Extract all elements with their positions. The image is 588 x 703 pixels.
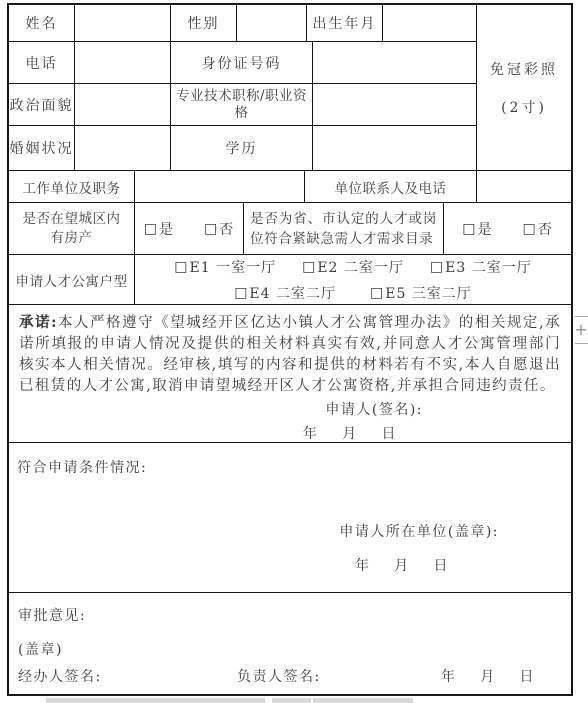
work-unit-input-cell[interactable] [135, 171, 305, 202]
promise-paragraph: 承诺:本人严格遵守《望城经开区亿达小镇人才公寓管理办法》的相关规定,承诺所填报的… [19, 312, 561, 397]
approval-seal-label: (盖章) [18, 639, 63, 659]
option-label: E3 二室一厅 [445, 257, 532, 277]
photo-label-line1: 免冠彩照 [490, 59, 558, 79]
personal-info-section: 姓名 性别 出生年月 电话 身份证号码 政治面貌 专业技术职称/职业资格 [9, 5, 571, 171]
phone-input-cell[interactable] [75, 42, 171, 83]
table-row: 电话 身份证号码 [9, 42, 476, 84]
marital-status-label: 婚姻状况 [9, 126, 75, 170]
option-label: 否 [538, 219, 553, 239]
apartment-type-row: 申请人才公寓户型 □E1 一室一厅 □E2 二室一厅 □E3 二室一厅 □E4 … [9, 255, 571, 305]
table-row: 姓名 性别 出生年月 [9, 5, 476, 42]
name-input-cell[interactable] [75, 5, 171, 41]
unit-contact-label: 单位联系人及电话 [305, 171, 477, 202]
checkbox-icon: □ [430, 259, 444, 275]
promise-section: 承诺:本人严格遵守《望城经开区亿达小镇人才公寓管理办法》的相关规定,承诺所填报的… [9, 305, 571, 443]
apartment-options-line1: □E1 一室一厅 □E2 二室一厅 □E3 二室一厅 [174, 257, 531, 277]
promise-date-line: 年 月 日 [19, 423, 561, 443]
gender-input-cell[interactable] [237, 5, 307, 41]
handler-signature-label: 经办人签名: [18, 666, 102, 686]
checkbox-option-e4[interactable]: □E4 二室二厅 [234, 283, 336, 303]
plus-icon: + [574, 323, 587, 337]
birth-label: 出生年月 [307, 5, 383, 41]
promise-body: 本人严格遵守《望城经开区亿达小镇人才公寓管理办法》的相关规定,承诺所填报的申请人… [19, 315, 561, 394]
checkbox-option-property-yes[interactable]: □是 [144, 219, 174, 239]
birth-input-cell[interactable] [383, 5, 476, 41]
checkbox-option-property-no[interactable]: □否 [204, 219, 234, 239]
table-row: 政治面貌 专业技术职称/职业资格 [9, 84, 476, 126]
education-label: 学历 [171, 126, 313, 170]
checkbox-icon: □ [144, 221, 158, 237]
checkbox-icon: □ [234, 285, 248, 301]
apartment-options-line2: □E4 二室二厅 □E5 三室二厅 [234, 283, 472, 303]
cropped-next-row-cell [272, 698, 311, 703]
checkbox-icon: □ [174, 259, 188, 275]
photo-label-line2: (2寸) [501, 97, 547, 117]
talent-apartment-application-form: 姓名 性别 出生年月 电话 身份证号码 政治面貌 专业技术职称/职业资格 [0, 0, 588, 703]
talent-question-label: 是否为省、市认定的人才或岗位符合紧缺急需人才需求目录 [244, 203, 444, 254]
applicant-signature-label: 申请人(签名): [19, 399, 561, 419]
unit-seal-label: 申请人所在单位(盖章): [17, 521, 561, 541]
gender-label: 性别 [171, 5, 237, 41]
checkbox-option-talent-no[interactable]: □否 [523, 219, 553, 239]
checkbox-option-e2[interactable]: □E2 二室一厅 [302, 257, 404, 277]
property-question-label: 是否在望城区内有房产 [9, 203, 135, 254]
checkbox-option-e5[interactable]: □E5 三室二厅 [370, 283, 472, 303]
checkbox-option-e1[interactable]: □E1 一室一厅 [174, 257, 276, 277]
unit-contact-input-cell[interactable] [477, 171, 571, 202]
talent-yes-no-cell: □是 □否 [444, 203, 571, 254]
personal-info-grid: 姓名 性别 出生年月 电话 身份证号码 政治面貌 专业技术职称/职业资格 [9, 5, 477, 170]
property-talent-row: 是否在望城区内有房产 □是 □否 是否为省、市认定的人才或岗位符合紧缺急需人才需… [9, 203, 571, 255]
approval-opinion-label: 审批意见: [18, 605, 86, 625]
checkbox-icon: □ [462, 221, 476, 237]
eligibility-section[interactable]: 符合申请条件情况: 申请人所在单位(盖章): 年 月 日 [9, 443, 571, 593]
apartment-type-label: 申请人才公寓户型 [9, 255, 135, 304]
approval-section[interactable]: 审批意见: (盖章) 经办人签名: 负责人签名: 年 月 日 [9, 593, 571, 694]
option-label: E5 三室二厅 [385, 283, 472, 303]
checkbox-option-e3[interactable]: □E3 二室一厅 [430, 257, 532, 277]
apartment-options-cell: □E1 一室一厅 □E2 二室一厅 □E3 二室一厅 □E4 二室二厅 □E5 … [135, 255, 571, 304]
cropped-next-row-cell [313, 698, 413, 703]
political-status-input-cell[interactable] [75, 84, 171, 125]
political-status-label: 政治面貌 [9, 84, 75, 125]
manager-signature-label: 负责人签名: [237, 666, 321, 686]
professional-title-input-cell[interactable] [313, 84, 476, 125]
option-label: E1 一室一厅 [190, 257, 277, 277]
handle-tick [575, 316, 588, 317]
checkbox-icon: □ [302, 259, 316, 275]
form-table: 姓名 性别 出生年月 电话 身份证号码 政治面貌 专业技术职称/职业资格 [7, 3, 573, 696]
work-unit-row: 工作单位及职务 单位联系人及电话 [9, 171, 571, 203]
professional-title-label: 专业技术职称/职业资格 [171, 84, 313, 125]
id-card-input-cell[interactable] [313, 42, 476, 83]
checkbox-icon: □ [523, 221, 537, 237]
option-label: 是 [159, 219, 174, 239]
checkbox-option-talent-yes[interactable]: □是 [462, 219, 492, 239]
option-label: E2 二室一厅 [317, 257, 404, 277]
checkbox-icon: □ [204, 221, 218, 237]
eligibility-label: 符合申请条件情况: [17, 457, 561, 477]
option-label: E4 二室二厅 [249, 283, 336, 303]
name-label: 姓名 [9, 5, 75, 41]
education-input-cell[interactable] [313, 126, 476, 170]
approval-date-line: 年 月 日 [441, 666, 535, 686]
cropped-next-row-cell [46, 698, 265, 703]
option-label: 否 [219, 219, 234, 239]
table-row: 婚姻状况 学历 [9, 126, 476, 170]
handle-tick [575, 343, 588, 344]
work-unit-label: 工作单位及职务 [9, 171, 135, 202]
eligibility-date-line: 年 月 日 [17, 555, 561, 575]
id-card-label: 身份证号码 [171, 42, 313, 83]
photo-placeholder-cell[interactable]: 免冠彩照 (2寸) [477, 5, 571, 170]
option-label: 是 [478, 219, 493, 239]
checkbox-icon: □ [370, 285, 384, 301]
table-resize-handle[interactable]: + [574, 316, 588, 344]
property-yes-no-cell: □是 □否 [135, 203, 244, 254]
promise-heading: 承诺: [19, 314, 58, 331]
marital-status-input-cell[interactable] [75, 126, 171, 170]
phone-label: 电话 [9, 42, 75, 83]
